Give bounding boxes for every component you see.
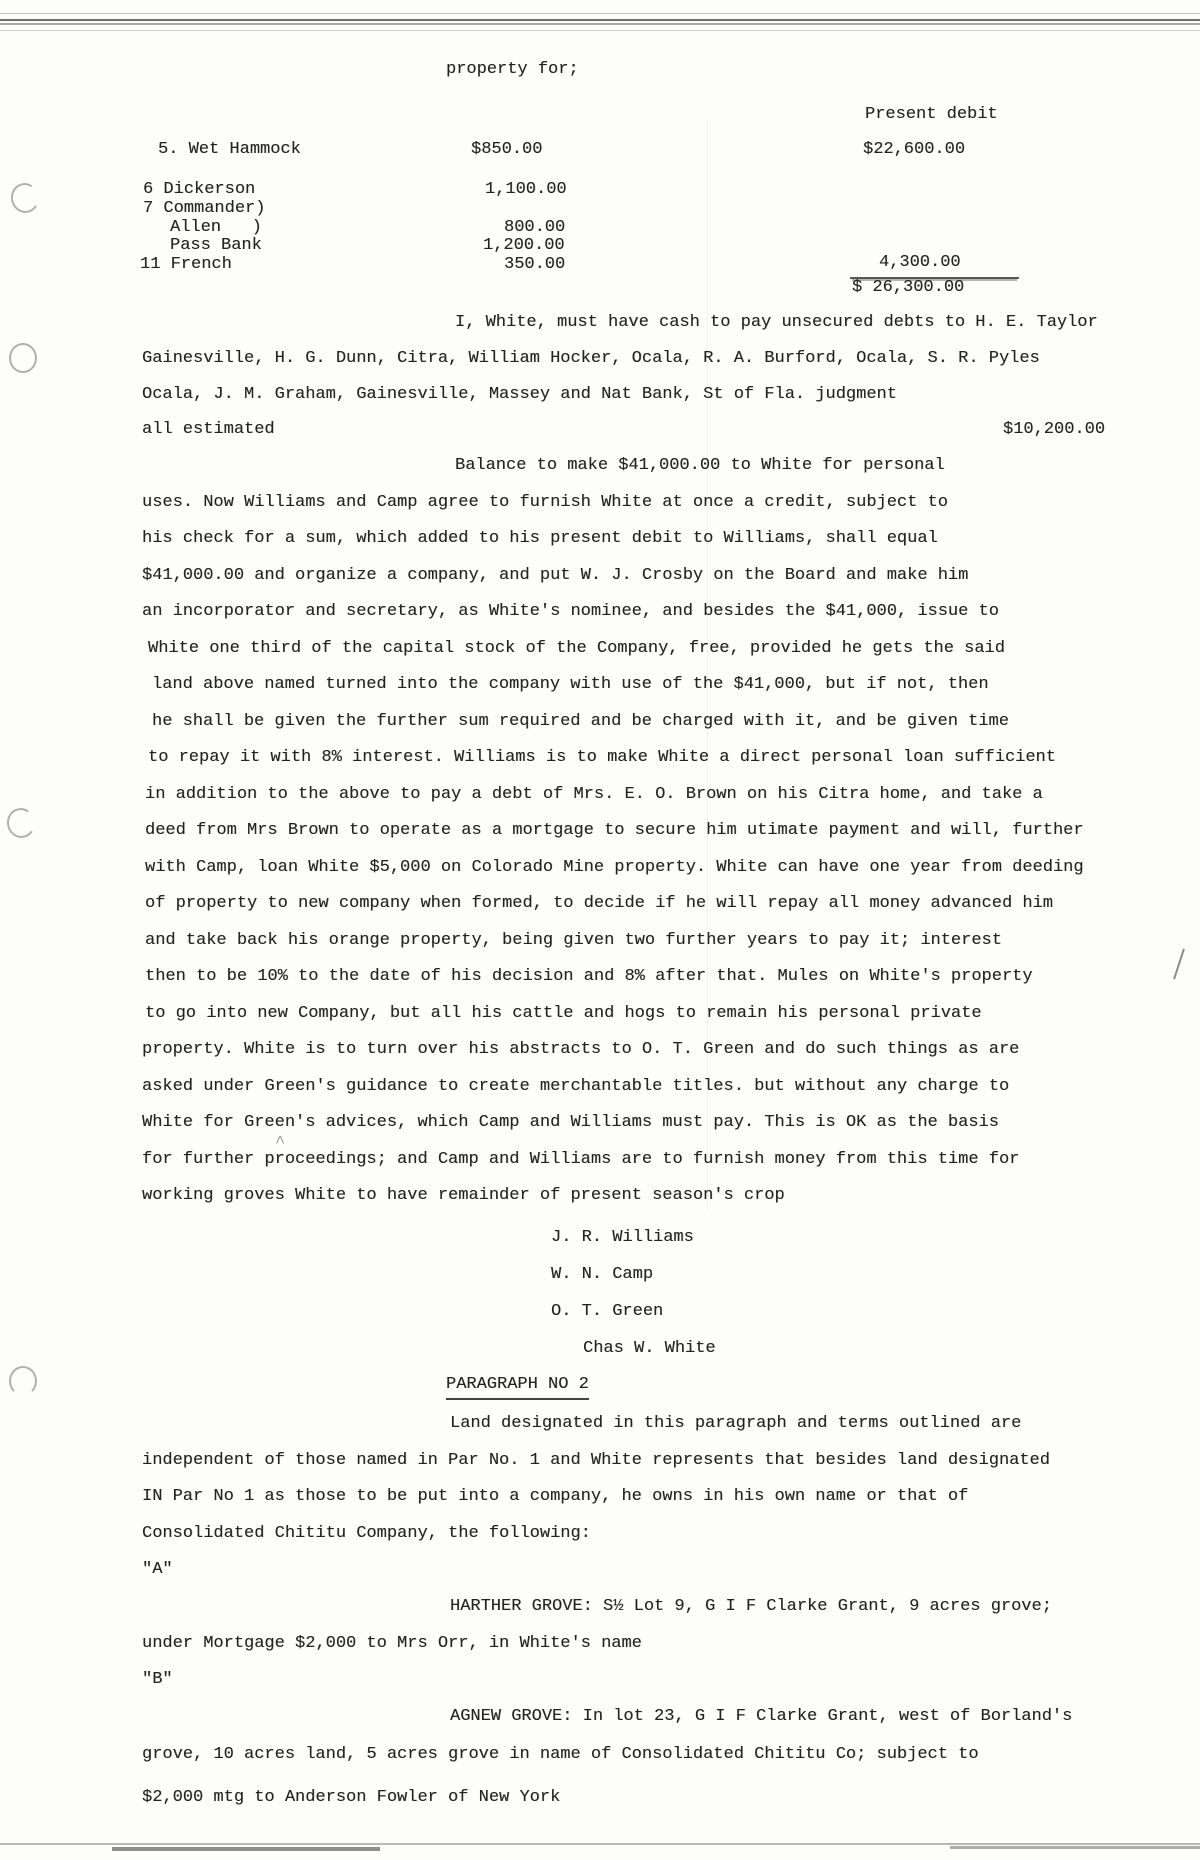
paragraph-1-line: I, White, must have cash to pay unsecure… [455,313,1098,333]
paragraph-1-line: of property to new company when formed, … [145,894,1053,914]
paragraph-1-line: asked under Green's guidance to create m… [142,1077,1009,1097]
paragraph-1-line: property. White is to turn over his abst… [142,1040,1019,1060]
paragraph-1-line: his check for a sum, which added to his … [142,529,938,549]
ledger-row-label: 6 Dickerson [143,180,255,200]
paragraph-1-line: then to be 10% to the date of his decisi… [145,967,1033,987]
ledger-row-debit: $22,600.00 [863,140,965,160]
ledger-row-label: 7 Commander) [143,199,265,219]
paragraph-1-line: Balance to make $41,000.00 to White for … [455,456,945,476]
scan-edge-bottom [950,1846,1200,1849]
paragraph-2-line: Consolidated Chititu Company, the follow… [142,1524,591,1544]
scan-edge-bottom [0,1843,1200,1845]
paragraph-2-line: "B" [142,1670,173,1690]
scan-edge-top [0,30,1200,31]
column-header-present-debit: Present debit [865,105,998,125]
signature: W. N. Camp [551,1265,653,1285]
punch-hole [8,180,42,215]
scan-edge-top [0,19,1200,21]
estimated-amount: $10,200.00 [1003,420,1105,440]
paragraph-1-line: and take back his orange property, being… [145,931,1002,951]
paragraph-1-line: to repay it with 8% interest. Williams i… [148,748,1056,768]
paragraph-1-line: White one third of the capital stock of … [148,639,1005,659]
paragraph-2-line: HARTHER GROVE: S½ Lot 9, G I F Clarke Gr… [450,1597,1052,1617]
signature: Chas W. White [583,1339,716,1359]
paragraph-1-line: land above named turned into the company… [152,675,989,695]
paragraph-2-line: "A" [142,1560,173,1580]
paragraph-1-line: uses. Now Williams and Camp agree to fur… [142,493,948,513]
ledger-row-label: 11 French [140,255,232,275]
ledger-row-amount: 350.00 [504,255,565,275]
paragraph-1-line: Ocala, J. M. Graham, Gainesville, Massey… [142,385,897,405]
paragraph-2-line: AGNEW GROVE: In lot 23, G I F Clarke Gra… [450,1707,1072,1727]
punch-hole [5,806,38,840]
scanned-document-page: property for;Present debit5. Wet Hammock… [0,0,1200,1860]
paragraph-2-line: Land designated in this paragraph and te… [450,1414,1021,1434]
paragraph-1-line: all estimated [142,420,275,440]
caret-mark: ^ [275,1134,285,1154]
scan-edge-top [0,23,1200,25]
punch-hole [9,343,37,373]
paragraph-2-line: grove, 10 acres land, 5 acres grove in n… [142,1745,979,1765]
paragraph-1-line: deed from Mrs Brown to operate as a mort… [145,821,1084,841]
paragraph-1-line: for further proceedings; and Camp and Wi… [142,1150,1019,1170]
paragraph-1-line: White for Green's advices, which Camp an… [142,1113,999,1133]
pencil-mark [1173,948,1185,979]
paragraph-1-line: an incorporator and secretary, as White'… [142,602,999,622]
paragraph-2-line: $2,000 mtg to Anderson Fowler of New Yor… [142,1788,560,1808]
heading-property-for: property for; [446,60,579,80]
ledger-row-amount: 1,200.00 [483,236,565,256]
paragraph-2-line: independent of those named in Par No. 1 … [142,1451,1050,1471]
paragraph-1-line: in addition to the above to pay a debt o… [145,785,1043,805]
ledger-total: $ 26,300.00 [852,278,964,298]
paragraph-1-line: to go into new Company, but all his catt… [145,1004,982,1024]
paragraph-1-line: working groves White to have remainder o… [142,1186,785,1206]
paragraph-1-line: he shall be given the further sum requir… [152,712,1009,732]
paragraph-1-line: Gainesville, H. G. Dunn, Citra, William … [142,349,1040,369]
ledger-row-amount: 1,100.00 [485,180,567,200]
ledger-row-label: 5. Wet Hammock [158,140,301,160]
paragraph-2-line: under Mortgage $2,000 to Mrs Orr, in Whi… [142,1634,642,1654]
ledger-row-label: Allen ) [170,218,262,238]
paragraph-2-heading: PARAGRAPH NO 2 [446,1375,589,1400]
ledger-row-amount: 800.00 [504,218,565,238]
paragraph-1-line: $41,000.00 and organize a company, and p… [142,566,968,586]
signature: O. T. Green [551,1302,663,1322]
scan-edge-bottom [112,1847,380,1851]
ledger-row-amount: $850.00 [471,140,542,160]
paragraph-2-line: IN Par No 1 as those to be put into a co… [142,1487,968,1507]
punch-hole [9,1366,37,1396]
ledger-subtotal: 4,300.00 [850,253,1019,279]
scan-edge-top [0,13,1200,14]
ledger-row-label: Pass Bank [170,236,262,256]
signature: J. R. Williams [551,1228,694,1248]
paragraph-1-line: with Camp, loan White $5,000 on Colorado… [145,858,1084,878]
